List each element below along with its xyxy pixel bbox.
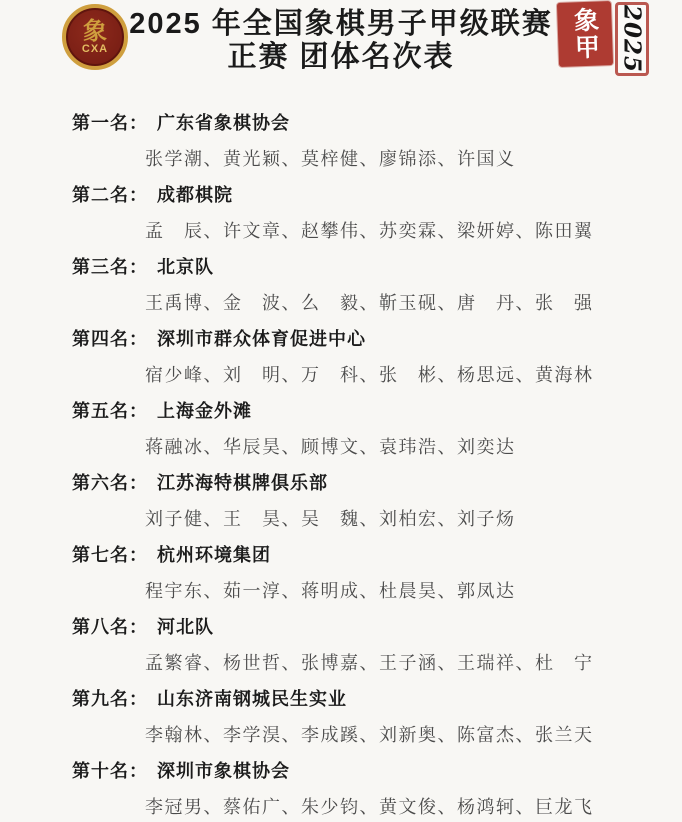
team-name: 北京队 [157, 253, 214, 279]
players-line: 刘子健、王 昊、吴 魏、刘柏宏、刘子炀 [0, 500, 682, 536]
team-name: 江苏海特棋牌俱乐部 [157, 469, 328, 495]
rank-line-8: 第八名：河北队 [0, 608, 682, 644]
team-name: 上海金外滩 [157, 397, 252, 423]
rank-line-4: 第四名：深圳市群众体育促进中心 [0, 320, 682, 356]
players-line: 孟 辰、许文章、赵攀伟、苏奕霖、梁妍婷、陈田翼 [0, 212, 682, 248]
team-name: 杭州环境集团 [157, 541, 271, 567]
rank-label: 第四名： [72, 325, 148, 351]
seal-frame: 2025 [615, 2, 649, 76]
rank-label: 第七名： [72, 541, 148, 567]
rank-line-2: 第二名：成都棋院 [0, 176, 682, 212]
players-line: 李翰林、李学淏、李成蹊、刘新奥、陈富杰、张兰天 [0, 716, 682, 752]
rank-line-6: 第六名：江苏海特棋牌俱乐部 [0, 464, 682, 500]
rank-label: 第九名： [72, 685, 148, 711]
team-name: 广东省象棋协会 [157, 109, 290, 135]
team-name: 山东济南钢城民生实业 [157, 685, 347, 711]
rank-label: 第十名： [72, 757, 148, 783]
players-line: 宿少峰、刘 明、万 科、张 彬、杨思远、黄海林 [0, 356, 682, 392]
rank-line-5: 第五名：上海金外滩 [0, 392, 682, 428]
rank-line-9: 第九名：山东济南钢城民生实业 [0, 680, 682, 716]
team-name: 河北队 [157, 613, 214, 639]
header: 象 CXA 2025 年全国象棋男子甲级联赛 正赛 团体名次表 象甲 2025 [0, 0, 682, 100]
rank-label: 第一名： [72, 109, 148, 135]
rank-line-1: 第一名：广东省象棋协会 [0, 104, 682, 140]
team-name: 成都棋院 [157, 181, 233, 207]
rankings-list: 第一名：广东省象棋协会张学潮、黄光颖、莫梓健、廖锦添、许国义第二名：成都棋院孟 … [0, 104, 682, 822]
rank-label: 第二名： [72, 181, 148, 207]
players-line: 蒋融冰、华辰昊、顾博文、袁玮浩、刘奕达 [0, 428, 682, 464]
results-document: 象 CXA 2025 年全国象棋男子甲级联赛 正赛 团体名次表 象甲 2025 … [0, 0, 682, 822]
rank-line-3: 第三名：北京队 [0, 248, 682, 284]
seal-year: 2025 [619, 5, 646, 73]
team-name: 深圳市象棋协会 [157, 757, 290, 783]
team-name: 深圳市群众体育促进中心 [157, 325, 366, 351]
red-seal-stamp-icon: 象甲 2025 [558, 2, 649, 76]
players-line: 李冠男、蔡佑广、朱少钧、黄文俊、杨鸿轲、巨龙飞 [0, 788, 682, 822]
rank-label: 第六名： [72, 469, 148, 495]
players-line: 张学潮、黄光颖、莫梓健、廖锦添、许国义 [0, 140, 682, 176]
rank-label: 第五名： [72, 397, 148, 423]
seal-characters: 象甲 [557, 1, 613, 67]
rank-label: 第三名： [72, 253, 148, 279]
rank-line-7: 第七名：杭州环境集团 [0, 536, 682, 572]
rank-label: 第八名： [72, 613, 148, 639]
rank-line-10: 第十名：深圳市象棋协会 [0, 752, 682, 788]
players-line: 孟繁睿、杨世哲、张博嘉、王子涵、王瑞祥、杜 宁 [0, 644, 682, 680]
players-line: 程宇东、茹一淳、蒋明成、杜晨昊、郭凤达 [0, 572, 682, 608]
players-line: 王禹博、金 波、么 毅、靳玉砚、唐 丹、张 强 [0, 284, 682, 320]
